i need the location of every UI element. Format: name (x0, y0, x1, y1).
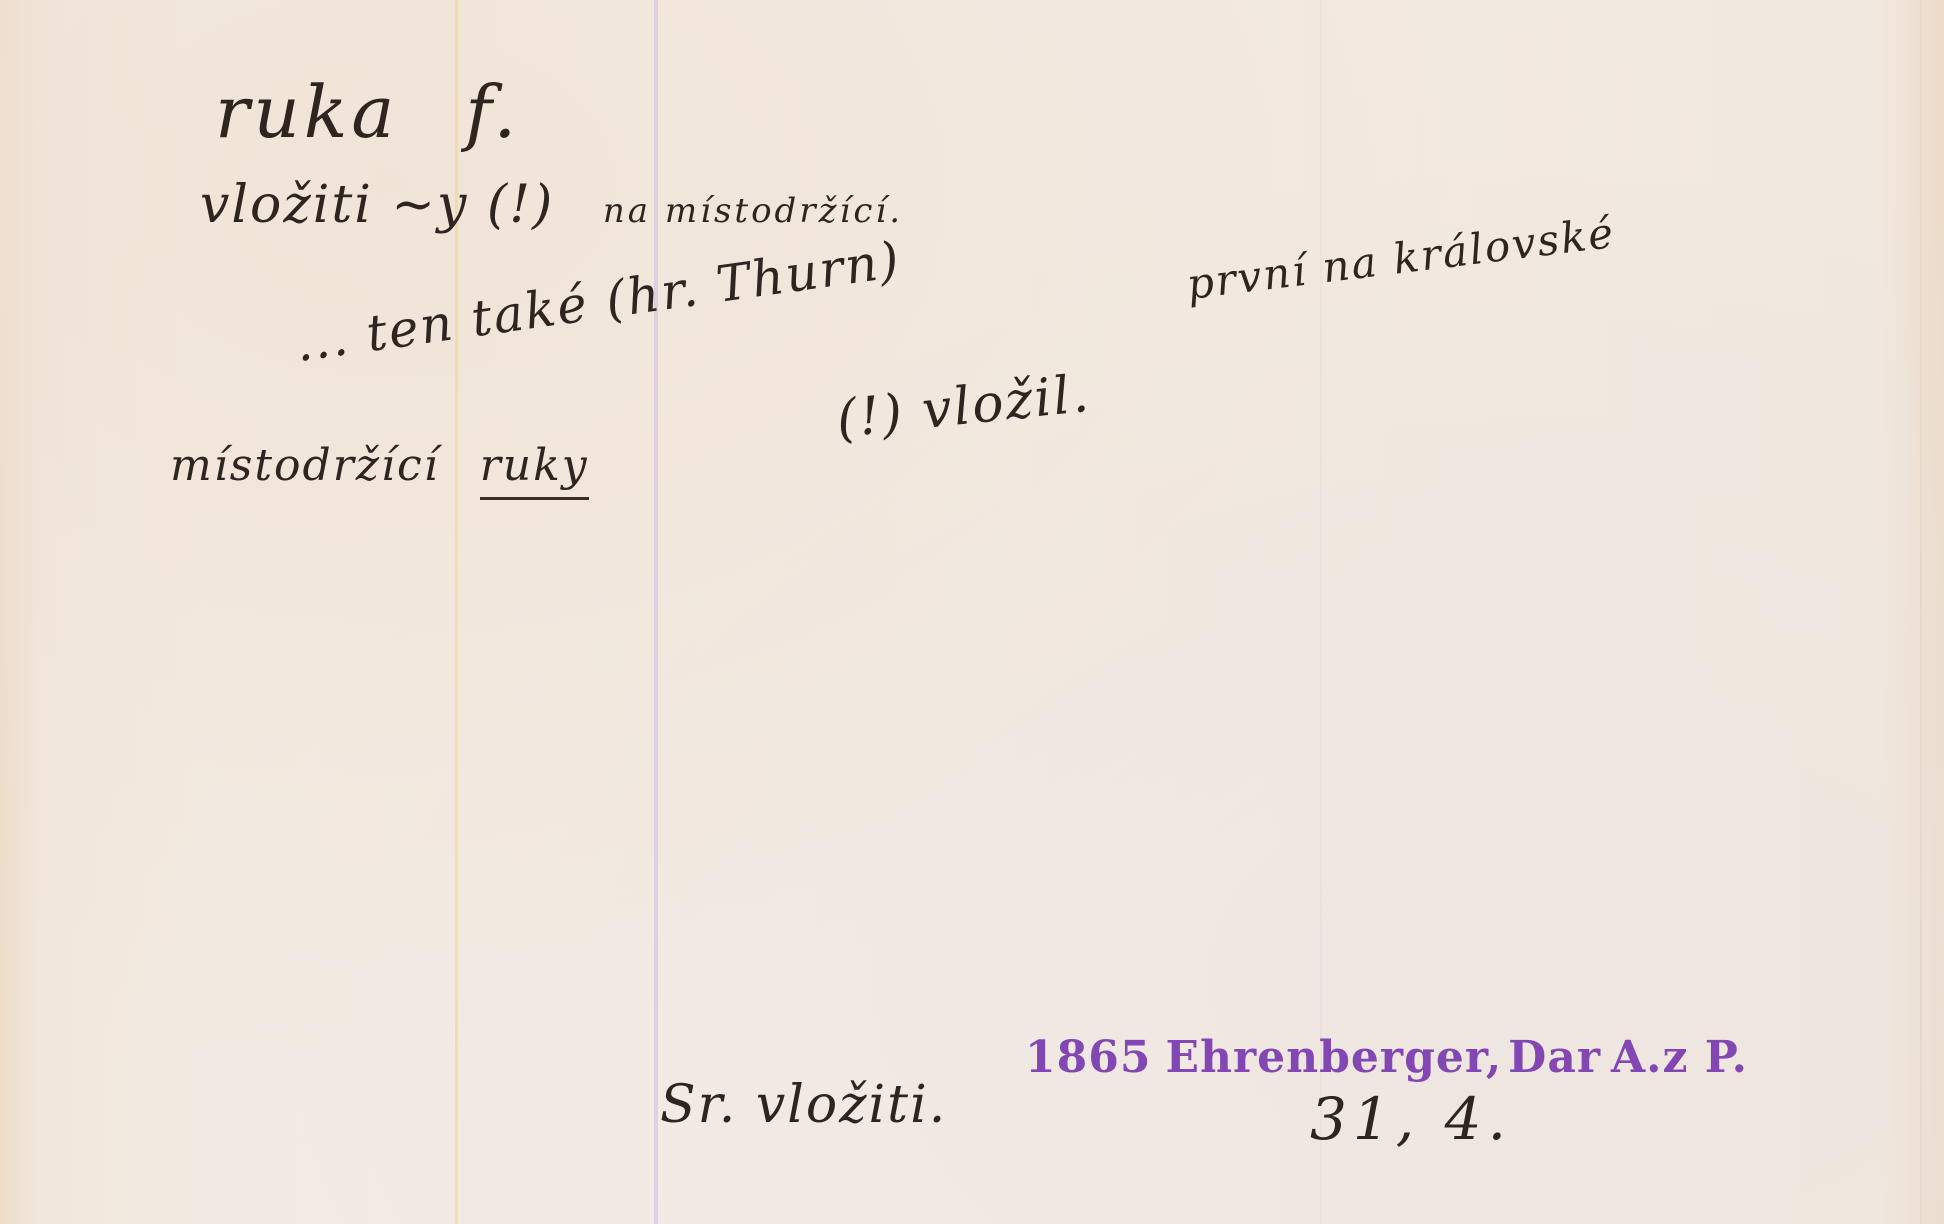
headword-text: ruka (215, 70, 398, 154)
quotation-line-2: místodržící ruky (170, 440, 613, 491)
headword: ruka f. (215, 70, 520, 154)
source-stamp: 1865Ehrenberger,DarA.z P. (1025, 1032, 1748, 1083)
quotation-line-1: ... ten také (hr. Thurn) (292, 231, 904, 373)
stamp-collection: A.z P. (1611, 1032, 1748, 1083)
quotation-line-2-start: místodržící (170, 440, 440, 491)
index-card: ruka f. vložiti ~y (!) na místodržící. .… (0, 0, 1944, 1224)
phrase-line: vložiti ~y (!) na místodržící. (200, 175, 903, 235)
grammar-label: f. (465, 70, 520, 154)
faint-paper-edge-line (1920, 0, 1922, 1224)
cross-reference: Sr. vložiti. (660, 1075, 947, 1135)
underlined-word: ruky (480, 440, 589, 500)
phrase-text: vložiti ~y (!) (200, 175, 554, 235)
stamp-work: Dar (1508, 1032, 1601, 1083)
stamp-year: 1865 (1025, 1032, 1151, 1083)
quotation-line-2-end: (!) vložil. (834, 364, 1093, 450)
stamp-source: Ehrenberger, (1165, 1032, 1502, 1083)
phrase-continuation: na místodržící. (603, 191, 903, 231)
quotation-line-1-end: první na královské (1184, 208, 1618, 309)
page-reference: 31, 4. (1310, 1085, 1512, 1153)
